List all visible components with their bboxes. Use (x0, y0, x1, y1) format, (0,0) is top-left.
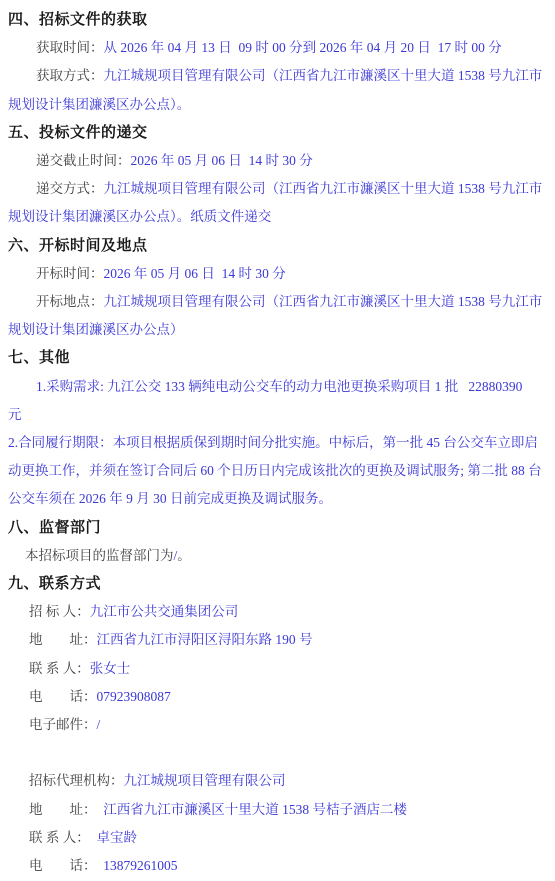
label-text: 获取时间： (36, 40, 104, 55)
filled-value-text: 2026 年 05 月 06 日 14 时 30 分 (104, 266, 286, 281)
doc-line: 开标时间：2026 年 05 月 06 日 14 时 30 分 (8, 260, 547, 288)
filled-value-text: 2026 年 05 月 06 日 14 时 30 分 (131, 153, 313, 168)
section-heading: 五、投标文件的递交 (8, 119, 547, 147)
doc-line: 电 话： 13879261005 (8, 852, 547, 880)
filled-value-text: 动更换工作，并须在签订合同后 60 个日历日内完成该批次的更换及调试服务; 第二… (8, 463, 542, 478)
filled-value-text: 张女士 (90, 661, 131, 676)
filled-value-text: 九江市公共交通集团公司 (90, 604, 239, 619)
label-text: 电 话： (29, 858, 103, 873)
tender-notice-document: 四、招标文件的获取获取时间：从 2026 年 04 月 13 日 09 时 00… (0, 0, 555, 880)
doc-line: 地 址：江西省九江市浔阳区浔阳东路 190 号 (8, 626, 547, 654)
filled-value-text: 规划设计集团濂溪区办公点）。 (8, 97, 190, 112)
blank-line (8, 739, 547, 767)
doc-line: 规划设计集团濂溪区办公点） (8, 316, 547, 344)
label-text: 地 址： (29, 632, 97, 647)
doc-line: 2.合同履行期限：本项目根据质保到期时间分批实施。中标后，第一批 45 台公交车… (8, 429, 547, 457)
filled-value-text: 江西省九江市濂溪区十里大道 1538 号桔子酒店二楼 (103, 802, 407, 817)
label-text: 招标代理机构： (29, 773, 124, 788)
doc-line: 开标地点：九江城规项目管理有限公司（江西省九江市濂溪区十里大道 1538 号九江… (8, 288, 547, 316)
filled-value-text: 从 2026 年 04 月 13 日 09 时 00 分到 2026 年 04 … (104, 40, 502, 55)
doc-line: 动更换工作，并须在签订合同后 60 个日历日内完成该批次的更换及调试服务; 第二… (8, 457, 547, 485)
doc-line: 联 系 人：张女士 (8, 655, 547, 683)
label-text: 联 系 人： (29, 661, 90, 676)
filled-value-text: 九江城规项目管理有限公司（江西省九江市濂溪区十里大道 1538 号九江市 (104, 181, 543, 196)
doc-line: 规划设计集团濂溪区办公点）。纸质文件递交 (8, 203, 547, 231)
doc-line: 递交方式：九江城规项目管理有限公司（江西省九江市濂溪区十里大道 1538 号九江… (8, 175, 547, 203)
doc-line: 规划设计集团濂溪区办公点）。 (8, 91, 547, 119)
doc-line: 获取方式：九江城规项目管理有限公司（江西省九江市濂溪区十里大道 1538 号九江… (8, 62, 547, 90)
label-text: 获取方式： (36, 68, 104, 83)
filled-value-text: 卓宝龄 (97, 830, 138, 845)
filled-value-text: 九江城规项目管理有限公司（江西省九江市濂溪区十里大道 1538 号九江市 (104, 68, 543, 83)
doc-line: 招标代理机构：九江城规项目管理有限公司 (8, 767, 547, 795)
section-heading: 七、其他 (8, 344, 547, 372)
doc-line: 电子邮件：/ (8, 711, 547, 739)
doc-line: 获取时间：从 2026 年 04 月 13 日 09 时 00 分到 2026 … (8, 34, 547, 62)
filled-value-text: 2.合同履行期限：本项目根据质保到期时间分批实施。中标后，第一批 45 台公交车… (8, 435, 538, 450)
filled-value-text: 规划设计集团濂溪区办公点）。纸质文件递交 (8, 209, 271, 224)
filled-value-text: 江西省九江市浔阳区浔阳东路 190 号 (97, 632, 313, 647)
filled-value-text: 1.采购需求: 九江公交 133 辆纯电动公交车的动力电池更换采购项目 1 批 … (36, 379, 522, 394)
label-text: 联 系 人： (29, 830, 97, 845)
filled-value-text: 13879261005 (103, 858, 177, 873)
section-heading: 六、开标时间及地点 (8, 232, 547, 260)
doc-line: 本招标项目的监督部门为/。 (8, 542, 547, 570)
label-text: 本招标项目的监督部门为 (25, 548, 174, 563)
doc-line: 电 话：07923908087 (8, 683, 547, 711)
label-text: 电 话： (29, 689, 97, 704)
label-text: 电子邮件： (29, 717, 97, 732)
filled-value-text: 九江城规项目管理有限公司（江西省九江市濂溪区十里大道 1538 号九江市 (104, 294, 543, 309)
filled-value-text: 九江城规项目管理有限公司 (124, 773, 286, 788)
doc-line: 联 系 人： 卓宝龄 (8, 824, 547, 852)
doc-line: 1.采购需求: 九江公交 133 辆纯电动公交车的动力电池更换采购项目 1 批 … (8, 373, 547, 401)
label-text: 递交截止时间： (36, 153, 131, 168)
section-heading: 八、监督部门 (8, 514, 547, 542)
filled-value-text: 元 (8, 407, 22, 422)
doc-line: 元 (8, 401, 547, 429)
label-text: 。 (177, 548, 191, 563)
section-heading: 四、招标文件的获取 (8, 6, 547, 34)
doc-line: 公交车须在 2026 年 9 月 30 日前完成更换及调试服务。 (8, 485, 547, 513)
filled-value-text: 07923908087 (97, 689, 171, 704)
section-heading: 九、联系方式 (8, 570, 547, 598)
label-text: 地 址： (29, 802, 103, 817)
label-text: 开标时间： (36, 266, 104, 281)
label-text: 开标地点： (36, 294, 104, 309)
label-text: 递交方式： (36, 181, 104, 196)
label-text: 招 标 人： (29, 604, 90, 619)
filled-value-text: / (97, 717, 101, 732)
doc-line: 招 标 人：九江市公共交通集团公司 (8, 598, 547, 626)
filled-value-text: 规划设计集团濂溪区办公点） (8, 322, 184, 337)
doc-line: 递交截止时间：2026 年 05 月 06 日 14 时 30 分 (8, 147, 547, 175)
filled-value-text: 公交车须在 2026 年 9 月 30 日前完成更换及调试服务。 (8, 491, 332, 506)
doc-line: 地 址： 江西省九江市濂溪区十里大道 1538 号桔子酒店二楼 (8, 796, 547, 824)
